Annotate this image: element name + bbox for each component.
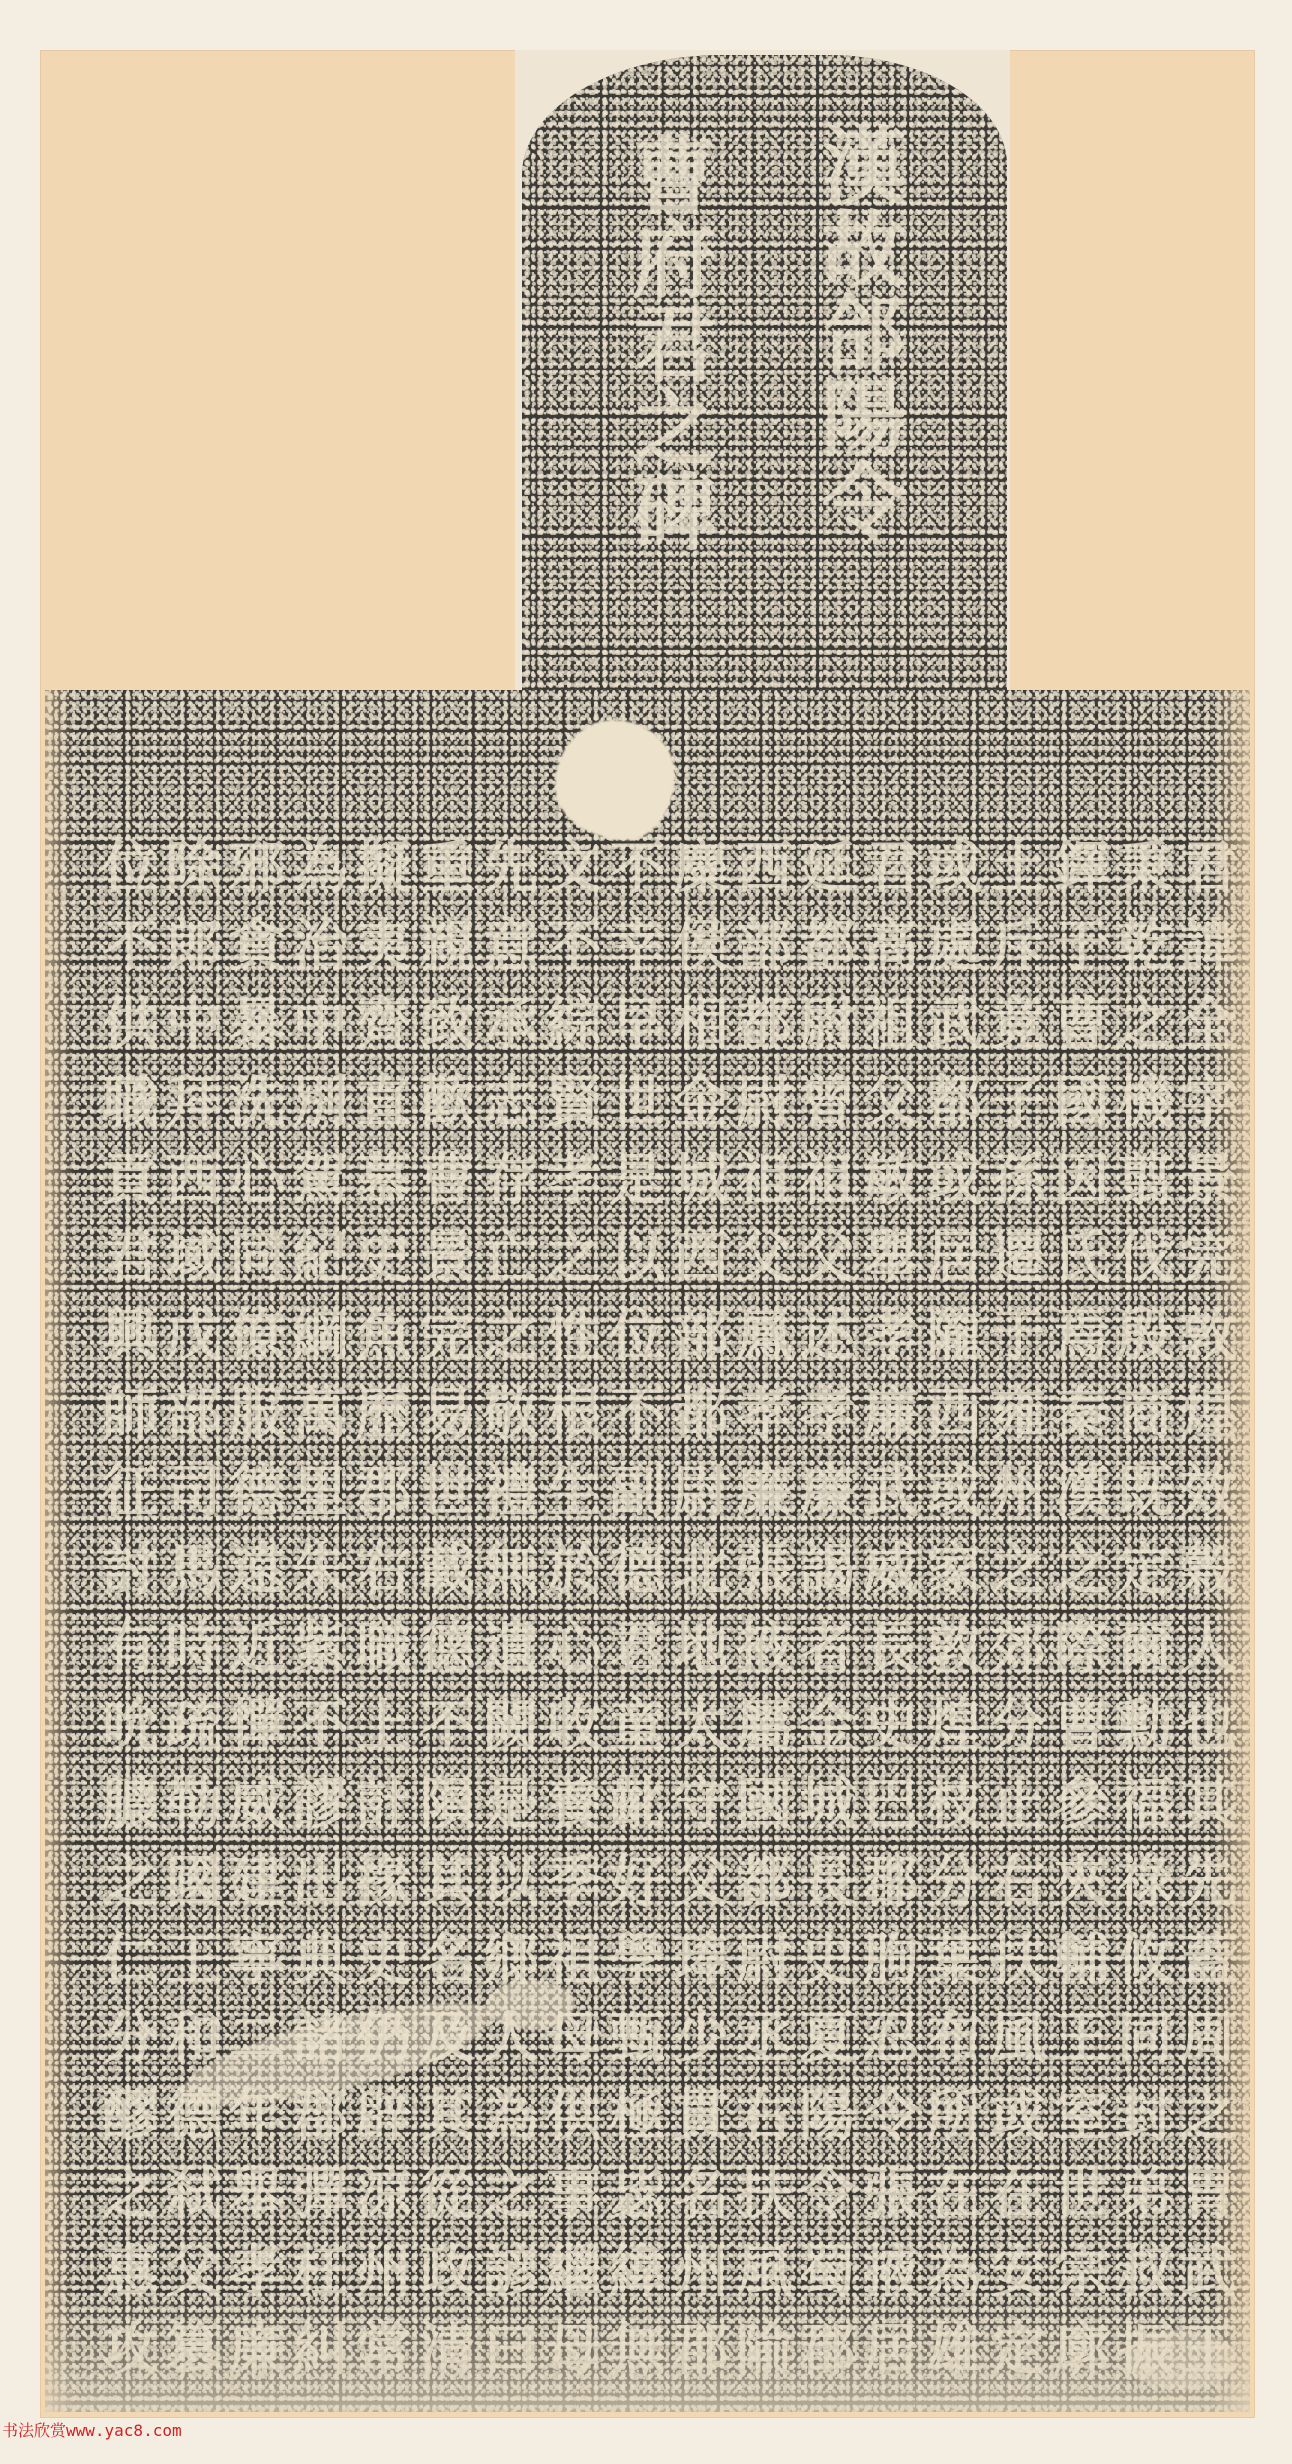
inscription-column: 土斥竟子孫遷于雍州之郊分止右扶風或在安定 (986, 840, 1049, 2400)
inscription-char: 典 (292, 1932, 348, 1988)
inscription-char: 翦 (1117, 1152, 1173, 1208)
inscription-char: 父 (800, 1230, 856, 1286)
inscription-char: 尉 (736, 1074, 792, 1130)
inscription-char: 僚 (229, 1308, 285, 1364)
inscription-char: 域 (166, 1230, 222, 1286)
inscription-char: 同 (229, 1230, 285, 1286)
inscription-char: 中 (292, 996, 348, 1052)
inscription-char: 魚 (356, 1308, 412, 1364)
inscription-char: 承 (483, 996, 539, 1052)
inscription-char: 夾 (1053, 1854, 1109, 1910)
inscription-char: 或 (927, 1464, 983, 1520)
inscription-char: 從 (419, 2166, 475, 2222)
inscription-char: 相 (673, 996, 729, 1052)
inscription-char: 氏 (1053, 1230, 1109, 1286)
inscription-char: 孝 (800, 1386, 856, 1442)
inscription-char: 完 (419, 1308, 475, 1364)
inscription-char: 止 (990, 1776, 1046, 1832)
inscription-char: 布 (927, 2010, 983, 2066)
inscription-char: 遠 (229, 1542, 285, 1598)
inscription-char: 巴 (863, 1776, 919, 1832)
inscription-char: 丞 (736, 2010, 792, 2066)
inscription-char: 伐 (1117, 1230, 1173, 1286)
inscription-char: 之 (546, 1230, 602, 1286)
inscription-char: 好 (609, 1854, 665, 1910)
inscription-char: 世 (1053, 2166, 1109, 2222)
inscription-char: 辟 (356, 2088, 412, 2144)
inscription-char: 史 (356, 1932, 412, 1988)
inscription-char: 都 (927, 1074, 983, 1130)
inscription-char: 家 (927, 1542, 983, 1598)
inscription-char: 國 (1053, 1074, 1109, 1130)
inscription-char: 別 (292, 1074, 348, 1130)
inscription-char: 隕 (419, 1776, 475, 1832)
inscription-char: 仁 (102, 1932, 158, 1988)
head-char: 郃 (822, 293, 906, 377)
inscription-char: 居 (927, 1230, 983, 1286)
inscription-char: 謬 (292, 1776, 348, 1832)
inscription-char: 綱 (292, 1308, 348, 1364)
inscription-char: 彈 (292, 2166, 348, 2222)
inscription-char: 名 (419, 1932, 475, 1988)
head-char: 故 (822, 209, 906, 293)
inscription-char: 長 (800, 1854, 856, 1910)
inscription-char: 定 (1117, 1542, 1173, 1598)
inscription-char: 少 (673, 2010, 729, 2066)
inscription-char: 州 (990, 1464, 1046, 1520)
inscription-char: 父 (736, 1230, 792, 1286)
rubbing-texture (522, 55, 1007, 715)
inscription-char: 世 (419, 1464, 475, 1520)
inscription-char: 鐸 (1053, 840, 1109, 896)
inscription-char: 之 (990, 1542, 1046, 1598)
inscription-char: 地 (673, 1620, 729, 1676)
inscription-char: 重 (419, 840, 475, 896)
inscription-char: 商 (1117, 1386, 1173, 1442)
inscription-char: 琫 (673, 1932, 729, 1988)
edge-wear-right (1210, 690, 1250, 2412)
inscription-char: 供 (102, 996, 158, 1052)
inscription-column: 先意承志存亡之敬禮無遺闕是以鄉人為之諺曰 (479, 840, 542, 2400)
inscription-char: 令 (863, 2088, 919, 2144)
inscription-char: 封 (1117, 2088, 1173, 2144)
inscription-char: 孝 (736, 1386, 792, 1442)
inscription-char: 馬 (166, 1542, 222, 1598)
inscription-char: 禮 (483, 1464, 539, 1520)
inscription-char: 綜 (546, 996, 602, 1052)
inscription-char: 枝 (927, 1776, 983, 1832)
inscription-char: 貪 (229, 918, 285, 974)
inscription-char: 生 (546, 1464, 602, 1520)
inscription-char: 為 (483, 2088, 539, 2144)
inscription-char: 名 (673, 2166, 729, 2222)
inscription-char: 擬 (356, 840, 412, 896)
inscription-char: 廉 (800, 1464, 856, 1520)
inscription-column: 為治中別駕紀綱萬里朱紫不謬出典諸郡彈枉糾 (289, 840, 352, 2400)
inscription-char: 右 (736, 2088, 792, 2144)
inscription-char: 國 (736, 1776, 792, 1832)
inscription-column: 除郎中拜西域戊部司馬時疏勒國王和德弒父篡 (162, 840, 225, 2400)
inscription-char: 北 (673, 1542, 729, 1598)
inscription-char: 位 (609, 1308, 665, 1364)
inscription-char: 貫 (673, 2088, 729, 2144)
inscription-char: 早 (609, 996, 665, 1052)
inscription-char: 都 (736, 1854, 792, 1910)
head-title-column-2: 曹 府 君 之 碑 (632, 135, 716, 555)
stele-body-rubbing: 君諱全字景完敦煌效穀人也其先蓋周之胄武王秉乾之機翦伐殷商既定爾勳福祿攸同封弟叔振… (45, 690, 1250, 2412)
inscription-char: 曾 (800, 1074, 856, 1130)
inscription-char: 雍 (990, 1386, 1046, 1442)
inscription-char: 存 (483, 1152, 539, 1208)
inscription-char: 君 (609, 1620, 665, 1676)
head-char: 府 (632, 219, 716, 303)
inscription-char: 養 (546, 1776, 602, 1832)
inscription-char: 之 (1053, 1542, 1109, 1598)
inscription-char: 陽 (800, 2088, 856, 2144)
inscription-char: 心 (546, 1620, 602, 1676)
inscription-char: 吮 (102, 1698, 158, 1754)
inscription-char: 室 (1053, 2088, 1109, 2144)
inscription-column: 西部都尉祖父鳳孝廉張掖屬國都尉丞右扶風隃 (733, 840, 796, 2400)
inscription-char: 廉 (863, 1386, 919, 1442)
inscription-char: 機 (1117, 1074, 1173, 1130)
inscription-char: 高 (863, 918, 919, 974)
inscription-char: 風 (990, 2010, 1046, 2066)
inscription-char: 朱 (292, 1542, 348, 1598)
inscription-char: 城 (800, 1776, 856, 1832)
inscription-column: 秉乾之機翦伐殷商既定爾勳福祿攸同封弟叔振 (1113, 840, 1176, 2400)
damage-patch (555, 720, 675, 840)
inscription-column: 君高祖父敏舉孝廉武威長史巴郡朐忍令張掖居 (859, 840, 922, 2400)
inscription-char: 萬 (292, 1386, 348, 1442)
inscription-char: 戊 (166, 1308, 222, 1364)
head-char: 陽 (822, 377, 906, 461)
inscription-char: 齔 (609, 1776, 665, 1832)
inscription-char: 孝 (546, 1152, 602, 1208)
inscription-char: 朐 (863, 1932, 919, 1988)
inscription-char: 因 (1053, 1152, 1109, 1208)
inscription-char: 和 (166, 2010, 222, 2066)
inscription-char: 夷 (356, 918, 412, 974)
inscription-char: 之 (102, 1854, 158, 1910)
inscription-char: 勒 (166, 1776, 222, 1832)
inscription-char: 其 (419, 1854, 475, 1910)
inscription-char: 扶 (736, 2166, 792, 2222)
inscription-char: 毖 (609, 2166, 665, 2222)
inscription-char: 供 (546, 2088, 602, 2144)
inscription-char: 土 (990, 840, 1046, 896)
inscription-char: 除 (166, 840, 222, 896)
inscription-char: 師 (102, 1386, 158, 1442)
inscription-char: 服 (229, 1386, 285, 1442)
inscription-char: 福 (1117, 1776, 1173, 1832)
inscription-char: 尉 (736, 1932, 792, 1988)
inscription-char: 曹 (1053, 996, 1109, 1052)
inscription-column: 文不綜賢孝之性根生於心收養季祖母供事繼母 (542, 840, 605, 2400)
inscription-char: 建 (229, 1854, 285, 1910)
inscription-char: 曹 (1053, 1698, 1109, 1754)
inscription-char: 祿 (1117, 1854, 1173, 1910)
inscription-char: 國 (166, 1854, 222, 1910)
inscription-column: 位不供職貢君興師征討有吮膿之仁分醪之惠攻 (98, 840, 161, 2400)
inscription-char: 不 (609, 840, 665, 896)
inscription-char: 西 (736, 840, 792, 896)
inscription-char: 文 (546, 840, 602, 896)
inscription-char: 之 (1117, 996, 1173, 1052)
inscription-char: 都 (736, 996, 792, 1052)
inscription-char: 治 (292, 918, 348, 974)
inscription-char: 德 (419, 1620, 475, 1676)
inscription-char: 部 (166, 1386, 222, 1442)
inscription-char: 或 (927, 1152, 983, 1208)
inscription-char: 之 (102, 2166, 158, 2222)
inscription-char: 敦 (927, 1620, 983, 1676)
inscription-char: 郎 (166, 918, 222, 974)
inscription-char: 孫 (990, 1152, 1046, 1208)
inscription-char: 以 (483, 1854, 539, 1910)
inscription-char: 直 (356, 1074, 412, 1130)
inscription-char: 職 (356, 1620, 412, 1676)
inscription-char: 在 (990, 2166, 1046, 2222)
inscription-char: 武 (927, 996, 983, 1052)
inscription-char: 歡 (419, 1074, 475, 1130)
inscription-char: 致 (419, 996, 475, 1052)
inscription-char: 秉 (1117, 840, 1173, 896)
inscription-char: 秦 (1053, 1386, 1109, 1442)
inscription-char: 于 (1053, 918, 1109, 974)
inscription-column: 延都尉曾祖父述孝廉謁者金城長史夏陽令蜀郡 (796, 840, 859, 2400)
inscription-column: 不幸早世是以位不副德君童齔好學甄極毖緯無 (606, 840, 669, 2400)
inscription-char: 其 (419, 2088, 475, 2144)
inscription-char: 或 (990, 2088, 1046, 2144)
inscription-char: 出 (292, 1854, 348, 1910)
inscription-char: 寧 (229, 1932, 285, 1988)
head-char: 曹 (632, 135, 716, 219)
inscription-char: 于 (990, 1308, 1046, 1364)
inscription-char: 遷 (990, 1230, 1046, 1286)
inscription-char: 是 (483, 1776, 539, 1832)
inscription-char: 極 (609, 2088, 665, 2144)
inscription-char: 是 (609, 1152, 665, 1208)
inscription-char: 慕 (356, 1152, 412, 1208)
inscription-char: 都 (800, 918, 856, 974)
inscription-column: 邪貪暴洗心同僚服德遠近憚威建寧二年舉孝廉 (225, 840, 288, 2400)
inscription-char: 君 (102, 1230, 158, 1286)
inscription-char: 幸 (609, 918, 665, 974)
inscription-char: 分 (102, 2010, 158, 2066)
inscription-char: 貢 (102, 1152, 158, 1208)
inscription-char: 易 (419, 1386, 475, 1442)
inscription-char: 司 (166, 1464, 222, 1520)
inscription-char: 同 (1117, 2010, 1173, 2066)
inscription-char: 歷 (356, 1386, 412, 1442)
inscription-char: 醪 (102, 2088, 158, 2144)
stele-head-rubbing: 漢 故 郃 陽 令 曹 府 君 之 碑 (522, 55, 1007, 715)
inscription-char: 竟 (990, 996, 1046, 1052)
inscription-char: 不 (546, 918, 602, 974)
inscription-char: 近 (229, 1620, 285, 1676)
inscription-char: 位 (102, 840, 158, 896)
inscription-char: 征 (102, 1464, 158, 1520)
inscription-char: 敬 (483, 1386, 539, 1442)
inscription-char: 計 (356, 1776, 412, 1832)
inscription-char: 涼 (356, 2166, 412, 2222)
inscription-char: 事 (546, 2166, 602, 2222)
inscription-char: 有 (102, 1620, 158, 1676)
inscription-char: 扶 (990, 1932, 1046, 1988)
inscription-char: 膿 (102, 1776, 158, 1832)
inscription-char: 祖 (546, 1932, 602, 1988)
inscription-char: 威 (863, 1542, 919, 1598)
inscription-char: 史 (863, 1698, 919, 1754)
inscription-char: 父 (863, 1074, 919, 1130)
inscription-char: 不 (419, 1698, 475, 1754)
inscription-char: 敏 (863, 1152, 919, 1208)
site-watermark: 书法欣赏www.yac8.com (2, 2418, 182, 2441)
inscription-char: 祖 (736, 1152, 792, 1208)
inscription-char: 郡 (356, 1464, 412, 1520)
inscription-char: 郡 (863, 1854, 919, 1910)
inscription-column: 擬夷齊直慕史魚歷郡右職上計掾史仍辟涼州常 (352, 840, 415, 2400)
inscription-char: 疏 (166, 1698, 222, 1754)
inscription-char: 世 (609, 1074, 665, 1130)
inscription-char: 駕 (292, 1152, 348, 1208)
head-char: 君 (632, 303, 716, 387)
inscription-char: 尉 (673, 1464, 729, 1520)
inscription-char: 際 (1053, 1620, 1109, 1676)
inscription-char: 守 (673, 1776, 729, 1832)
inscription-char: 性 (546, 1308, 602, 1364)
inscription-char: 煌 (927, 1698, 983, 1754)
inscription-char: 史 (800, 1932, 856, 1988)
inscription-char: 史 (356, 1230, 412, 1286)
inscription-char: 金 (673, 1074, 729, 1130)
inscription-char: 親 (419, 918, 475, 974)
inscription-char: 洗 (229, 1074, 285, 1130)
inscription-char: 麋 (673, 840, 729, 896)
inscription-char: 鳳 (736, 1308, 792, 1364)
inscription-char: 廉 (736, 1464, 792, 1520)
inscription-char: 屬 (736, 1698, 792, 1754)
inscription-char: 不 (292, 1698, 348, 1754)
inscription-char: 父 (673, 1854, 729, 1910)
inscription-char: 中 (166, 996, 222, 1052)
inscription-char: 部 (736, 918, 792, 974)
inscription-char: 者 (800, 1620, 856, 1676)
inscription-char: 尉 (800, 996, 856, 1052)
inscription-char: 所 (927, 2088, 983, 2144)
inscription-char: 賢 (546, 1074, 602, 1130)
inscription-char: 部 (673, 1308, 729, 1364)
inscription-char: 威 (229, 1776, 285, 1832)
inscription-char: 君 (863, 840, 919, 896)
inscription-char: 述 (800, 1308, 856, 1364)
inscription-char: 令 (800, 2166, 856, 2222)
inscription-char: 王 (1053, 2010, 1109, 2066)
inscription-char: 職 (102, 1074, 158, 1130)
inscription-char: 亡 (483, 1230, 539, 1286)
inscription-char: 憚 (229, 1698, 285, 1754)
inscription-char: 武 (863, 1464, 919, 1520)
inscription-char: 心 (229, 1152, 285, 1208)
inscription-char: 祖 (863, 996, 919, 1052)
inscription-char: 城 (673, 1152, 729, 1208)
inscription-char: 時 (166, 1620, 222, 1676)
inscription-char: 拜 (166, 1074, 222, 1130)
inscription-char: 暴 (229, 996, 285, 1052)
inscription-char: 攸 (1117, 1932, 1173, 1988)
inscription-char: 於 (546, 1542, 602, 1598)
inscription-char: 之 (483, 2166, 539, 2222)
inscription-char: 闕 (483, 1698, 539, 1754)
inscription-char: 遺 (483, 1620, 539, 1676)
inscription-char: 隴 (927, 1308, 983, 1364)
inscription-char: 分 (990, 1698, 1046, 1754)
inscription-char: 邪 (229, 840, 285, 896)
inscription-char: 載 (419, 1542, 475, 1598)
inscription-char: 童 (609, 1698, 665, 1754)
inscription-char: 既 (1117, 1464, 1173, 1520)
inscription-char: 爾 (1117, 1620, 1173, 1676)
inscription-char: 西 (927, 1386, 983, 1442)
inscription-char: 斥 (990, 918, 1046, 974)
head-title-column-1: 漢 故 郃 陽 令 (822, 125, 906, 545)
inscription-char: 副 (609, 1464, 665, 1520)
inscription-char: 太 (673, 1698, 729, 1754)
inscription-char: 掖 (736, 1620, 792, 1676)
inscription-char: 長 (863, 1620, 919, 1676)
inscription-char: 德 (229, 1464, 285, 1520)
inscription-char: 張 (863, 2166, 919, 2222)
head-char: 之 (632, 387, 716, 471)
inscription-char: 右 (990, 1854, 1046, 1910)
inscription-char: 或 (927, 840, 983, 896)
inscription-char: 舉 (229, 2166, 285, 2222)
inscription-char: 都 (673, 1386, 729, 1442)
inscription-char: 殷 (1117, 1308, 1173, 1364)
inscription-char: 侯 (673, 918, 729, 974)
inscription-char: 子 (990, 1074, 1046, 1130)
inscription-char: 郊 (990, 1620, 1046, 1676)
head-char: 令 (822, 461, 906, 545)
inscription-char: 金 (800, 1698, 856, 1754)
inscription-char: 甄 (609, 2010, 665, 2066)
inscription-char: 張 (736, 1542, 792, 1598)
inscription-char: 掾 (356, 1854, 412, 1910)
inscription-char: 在 (927, 2166, 983, 2222)
inscription-char: 西 (166, 1152, 222, 1208)
inscription-char: 漢 (1053, 1464, 1109, 1520)
inscription-char: 景 (419, 1230, 475, 1286)
inscription-char: 無 (483, 1542, 539, 1598)
inscription-char: 不 (102, 918, 158, 974)
inscription-column: 或處武都或居隴西或家敦煌枝分葉布所在為雄 (923, 840, 986, 2400)
inscription-char: 里 (292, 1464, 348, 1520)
inscription-char: 焉 (1053, 1308, 1109, 1364)
inscription-char: 曹 (419, 1152, 475, 1208)
inscription-char: 上 (356, 1698, 412, 1754)
inscription-char: 收 (546, 1698, 602, 1754)
inscription-char: 右 (356, 1542, 412, 1598)
inscription-char: 夏 (800, 2010, 856, 2066)
inscription-char: 孝 (863, 1308, 919, 1364)
edge-wear-bottom (45, 2292, 1250, 2412)
inscription-char: 處 (927, 918, 983, 974)
edge-wear-left (45, 690, 75, 2412)
inscription-char: 謁 (800, 1542, 856, 1598)
inscription-char: 季 (546, 1854, 602, 1910)
inscription-char: 德 (609, 1542, 665, 1598)
